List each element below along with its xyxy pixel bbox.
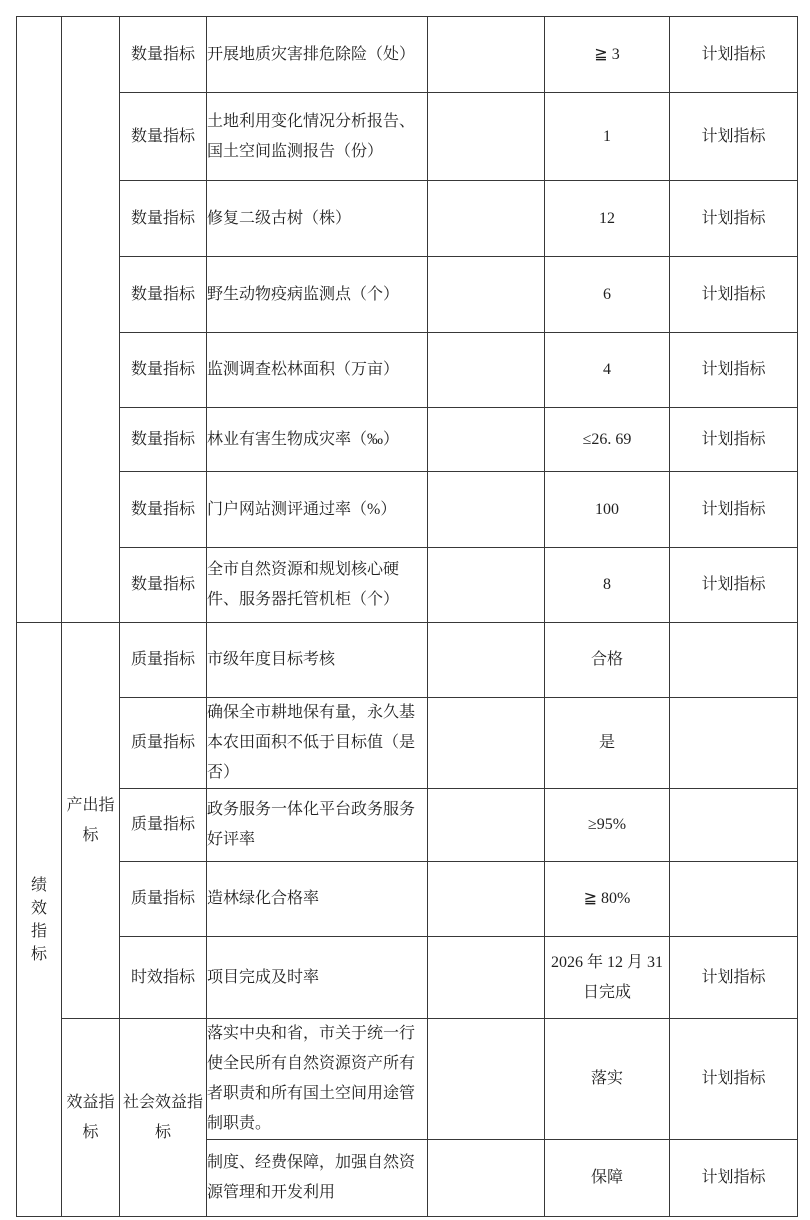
performance-indicator-table: 数量指标 开展地质灾害排危除险（处） ≧ 3 计划指标 数量指标 土地利用变化情… (16, 16, 798, 1217)
table-row: 数量指标 修复二级古树（株） 12 计划指标 (17, 181, 798, 257)
empty-cell (428, 789, 545, 862)
indicator-name-cell: 开展地质灾害排危除险（处） (207, 17, 428, 93)
empty-cell (428, 698, 545, 789)
indicator-name-cell: 市级年度目标考核 (207, 623, 428, 698)
indicator-name-cell: 落实中央和省，市关于统一行使全民所有自然资源资产所有者职责和所有国土空间用途管制… (207, 1019, 428, 1140)
indicator-target-cell: ≧ 80% (545, 862, 670, 937)
empty-cell (428, 1140, 545, 1217)
indicator-target-cell: 保障 (545, 1140, 670, 1217)
indicator-name-cell: 野生动物疫病监测点（个） (207, 257, 428, 333)
indicator-type-cell: 时效指标 (120, 937, 207, 1019)
group-col1-empty-cell (17, 17, 62, 623)
output-group-cell: 产出指标 (62, 623, 120, 1019)
table-row: 数量指标 林业有害生物成灾率（‰） ≤26. 69 计划指标 (17, 408, 798, 472)
indicator-type-cell: 数量指标 (120, 548, 207, 623)
indicator-kind-cell: 计划指标 (670, 548, 798, 623)
empty-cell (428, 408, 545, 472)
indicator-target-cell: 落实 (545, 1019, 670, 1140)
table-row: 数量指标 监测调查松林面积（万亩） 4 计划指标 (17, 333, 798, 408)
empty-cell (428, 181, 545, 257)
indicator-name-cell: 造林绿化合格率 (207, 862, 428, 937)
indicator-target-cell: 4 (545, 333, 670, 408)
indicator-name-cell: 项目完成及时率 (207, 937, 428, 1019)
indicator-kind-cell (670, 862, 798, 937)
indicator-type-cell: 数量指标 (120, 17, 207, 93)
indicator-name-cell: 土地利用变化情况分析报告、国土空间监测报告（份） (207, 93, 428, 181)
indicator-target-cell: 合格 (545, 623, 670, 698)
indicator-kind-cell: 计划指标 (670, 1019, 798, 1140)
indicator-kind-cell: 计划指标 (670, 1140, 798, 1217)
indicator-kind-cell: 计划指标 (670, 408, 798, 472)
indicator-name-cell: 政务服务一体化平台政务服务好评率 (207, 789, 428, 862)
indicator-type-cell: 数量指标 (120, 257, 207, 333)
indicator-type-cell: 数量指标 (120, 408, 207, 472)
empty-cell (428, 17, 545, 93)
indicator-name-cell: 制度、经费保障，加强自然资源管理和开发利用 (207, 1140, 428, 1217)
indicator-kind-cell (670, 623, 798, 698)
empty-cell (428, 548, 545, 623)
indicator-name-cell: 修复二级古树（株） (207, 181, 428, 257)
table-row: 质量指标 政务服务一体化平台政务服务好评率 ≥95% (17, 789, 798, 862)
indicator-target-cell: 100 (545, 472, 670, 548)
indicator-target-cell: 2026 年 12 月 31 日完成 (545, 937, 670, 1019)
table-row: 质量指标 造林绿化合格率 ≧ 80% (17, 862, 798, 937)
indicator-kind-cell: 计划指标 (670, 181, 798, 257)
indicator-type-cell: 数量指标 (120, 93, 207, 181)
indicator-name-cell: 确保全市耕地保有量，永久基本农田面积不低于目标值（是否） (207, 698, 428, 789)
indicator-kind-cell: 计划指标 (670, 93, 798, 181)
indicator-kind-cell: 计划指标 (670, 937, 798, 1019)
indicator-kind-cell (670, 789, 798, 862)
indicator-name-cell: 监测调查松林面积（万亩） (207, 333, 428, 408)
table-row: 数量指标 野生动物疫病监测点（个） 6 计划指标 (17, 257, 798, 333)
table-row: 时效指标 项目完成及时率 2026 年 12 月 31 日完成 计划指标 (17, 937, 798, 1019)
table-row: 数量指标 全市自然资源和规划核心硬件、服务器托管机柜（个） 8 计划指标 (17, 548, 798, 623)
indicator-target-cell: 8 (545, 548, 670, 623)
indicator-target-cell: 1 (545, 93, 670, 181)
group-col2-empty-cell (62, 17, 120, 623)
indicator-kind-cell (670, 698, 798, 789)
indicator-kind-cell: 计划指标 (670, 17, 798, 93)
indicator-name-cell: 门户网站测评通过率（%） (207, 472, 428, 548)
social-benefit-group-cell: 社会效益指标 (120, 1019, 207, 1217)
empty-cell (428, 862, 545, 937)
table-row: 绩效指标 产出指标 质量指标 市级年度目标考核 合格 (17, 623, 798, 698)
indicator-kind-cell: 计划指标 (670, 257, 798, 333)
table-row: 效益指标 社会效益指标 落实中央和省，市关于统一行使全民所有自然资源资产所有者职… (17, 1019, 798, 1140)
empty-cell (428, 623, 545, 698)
indicator-target-cell: 12 (545, 181, 670, 257)
indicator-kind-cell: 计划指标 (670, 333, 798, 408)
indicator-type-cell: 质量指标 (120, 623, 207, 698)
empty-cell (428, 937, 545, 1019)
indicator-name-cell: 全市自然资源和规划核心硬件、服务器托管机柜（个） (207, 548, 428, 623)
indicator-name-cell: 林业有害生物成灾率（‰） (207, 408, 428, 472)
indicator-type-cell: 质量指标 (120, 789, 207, 862)
indicator-target-cell: ≥95% (545, 789, 670, 862)
indicator-type-cell: 质量指标 (120, 862, 207, 937)
table-row: 数量指标 开展地质灾害排危除险（处） ≧ 3 计划指标 (17, 17, 798, 93)
empty-cell (428, 333, 545, 408)
indicator-target-cell: 6 (545, 257, 670, 333)
benefit-group-cell: 效益指标 (62, 1019, 120, 1217)
indicator-target-cell: 是 (545, 698, 670, 789)
indicator-target-cell: ≤26. 69 (545, 408, 670, 472)
table-row: 数量指标 土地利用变化情况分析报告、国土空间监测报告（份） 1 计划指标 (17, 93, 798, 181)
performance-group-cell: 绩效指标 (17, 623, 62, 1217)
empty-cell (428, 1019, 545, 1140)
empty-cell (428, 472, 545, 548)
indicator-kind-cell: 计划指标 (670, 472, 798, 548)
empty-cell (428, 257, 545, 333)
indicator-type-cell: 数量指标 (120, 333, 207, 408)
indicator-type-cell: 数量指标 (120, 181, 207, 257)
table-row: 质量指标 确保全市耕地保有量，永久基本农田面积不低于目标值（是否） 是 (17, 698, 798, 789)
indicator-type-cell: 数量指标 (120, 472, 207, 548)
table-row: 数量指标 门户网站测评通过率（%） 100 计划指标 (17, 472, 798, 548)
indicator-target-cell: ≧ 3 (545, 17, 670, 93)
indicator-type-cell: 质量指标 (120, 698, 207, 789)
performance-group-label: 绩效指标 (30, 874, 48, 966)
empty-cell (428, 93, 545, 181)
